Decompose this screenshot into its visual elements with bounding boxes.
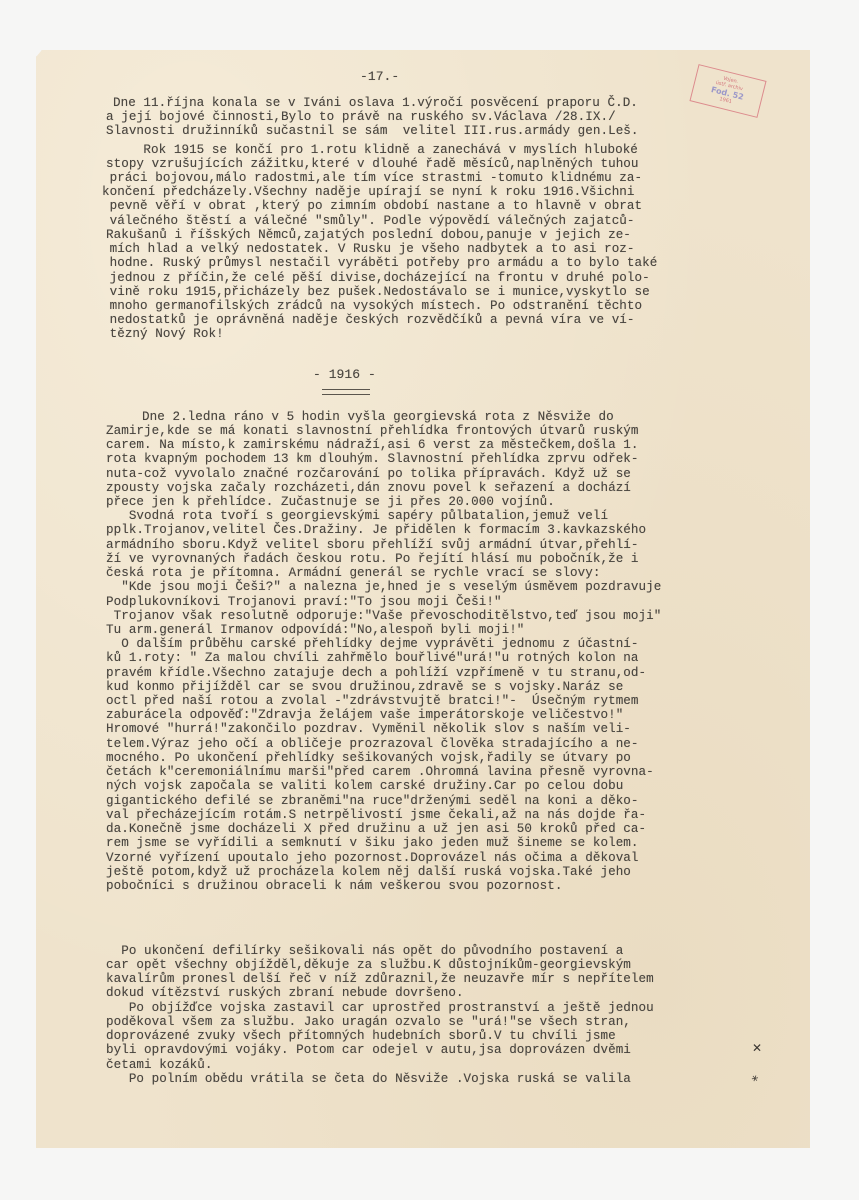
text-line: česká rota je přítomna. Armádní generál … [106,566,601,580]
text-line: poděkoval všem za službu. Jako uragán oz… [106,1015,631,1029]
text-line: car opět všechny objížděl,děkuje za služ… [106,958,631,972]
text-line: zpousty vojska začaly rozcházeti,dán zno… [106,481,631,495]
text-line: zaburácela odpověď:"Zdravja želájem vaše… [106,708,623,722]
text-line: Trojanov však resolutně odporuje:"Vaše p… [106,609,661,623]
text-line: Vzorné vyřízení upoutalo jeho pozornost.… [106,851,639,865]
text-line: mnoho germanofilských zrádců na vysokých… [102,299,642,313]
text-line: jednou z příčin,že celé pěší divise,doch… [102,271,650,285]
text-line: a její bojové činnosti,Bylo to právě na … [106,110,616,124]
text-line: Hromové "hurrá!"zakončilo pozdrav. Vyměn… [106,722,631,736]
text-line: dokud vítězství ruských zbraní nebude do… [106,986,464,1000]
text-line: da.Konečně jsme docházeli X před družinu… [106,822,646,836]
text-line: doprovázené zvuky všech přítomných hudeb… [106,1029,616,1043]
text-line: četami kozáků. [106,1058,213,1072]
text-line: mocného. Po ukončení přehlídky sešikovan… [106,751,631,765]
text-line: přece jen k přehlídce. Zučastnuje se ji … [106,495,555,509]
text-line: práci bojovou,málo radostmi,ale tím více… [102,171,642,185]
text-line: Tu arm.generál Irmanov odpovídá:"No,ales… [106,623,524,637]
text-line: gigantického defilé se zbraněmi"na ruce"… [106,794,639,808]
heading-double-underline [322,389,370,395]
text-line: Rakušanů i říšských Němců,zajatých posle… [106,228,631,242]
text-line: hodne. Ruský průmysl nestačil vyráběti p… [102,256,657,270]
text-line: kavalírům pronesl delší řeč v níž zdůraz… [106,972,654,986]
text-line: vině roku 1915,přicházely bez pušek.Nedo… [102,285,650,299]
text-line: ků 1.roty: " Za malou chvíli zahřmělo bo… [106,651,639,665]
text-line: pravém křídle.Všechno zatajuje dech a po… [106,666,646,680]
text-line: Dne 11.října konala se v Iváni oslava 1.… [113,96,638,110]
text-line: carem. Na místo,k zamirskému nádraží,asi… [106,438,639,452]
text-line: nuta-což vyvolalo značné rozčarování po … [106,467,631,481]
text-line: válečného štěstí a válečné "smůly". Podl… [102,214,635,228]
text-line: četách k"ceremoniálnímu marši"před carem… [106,765,654,779]
text-line: O dalším průběhu carské přehlídky dejme … [106,637,639,651]
text-line: pevně věří v obrat ,který po zimním obdo… [102,199,642,213]
text-line: val přecházejícím rotám.S netrpělivostí … [106,808,646,822]
strikeout-mark: ✕ [752,1041,762,1055]
text-line: ží ve vyrovnaných řadách českou rotu. Po… [106,552,639,566]
text-line: pplk.Trojanov,velitel Čes.Dražiny. Je př… [106,523,646,537]
text-line: mích hlad a velký nedostatek. V Rusku je… [102,242,635,256]
year-heading: - 1916 - [313,368,376,382]
text-line: tězný Nový Rok! [102,327,224,341]
text-line: armádního sboru.Když velitel sboru přehl… [106,538,639,552]
text-line: Svodná rota tvoří s georgievskými sapéry… [106,509,608,523]
text-line: byli opravdovými vojáky. Potom car odeje… [106,1043,631,1057]
text-line: pobočníci s družinou obraceli k nám vešk… [106,879,562,893]
text-line: octl před naší rotou a zvolal -"zdrávstv… [106,694,639,708]
text-line: Dne 2.ledna ráno v 5 hodin vyšla georgie… [104,410,614,424]
text-line: rota kvapným pochodem 13 km dlouhým. Sla… [106,452,639,466]
text-line: kud konmo přijížděl car se svou družinou… [106,680,623,694]
text-line: Po ukončení defilírky sešikovali nás opě… [106,944,623,958]
text-line: Podplukovníkovi Trojanovi praví:"To jsou… [106,595,502,609]
text-line: telem.Výraz jeho očí a obličeje prozrazo… [106,737,639,751]
page-number: -17.- [360,70,399,84]
text-line: Zamirje,kde se má konati slavnostní přeh… [106,424,639,438]
text-line: Po objížďce vojska zastavil car uprostře… [106,1001,654,1015]
text-line: končení předcházely.Všechny naděje upíra… [102,185,635,199]
text-line: Slavnosti družinníků sučastnil se sám ve… [106,124,639,138]
text-line: stopy vzrušujících zážitku,které v dlouh… [106,157,639,171]
text-line: nedostatků je oprávněná naděje českých r… [102,313,635,327]
text-line: Po polním obědu vrátila se četa do Něsvi… [106,1072,631,1086]
text-line: ných vojsk započala se valiti kolem cars… [106,779,623,793]
text-line: Rok 1915 se končí pro 1.rotu klidně a za… [113,143,638,157]
text-line: "Kde jsou moji Češi?" a nalezna je,hned … [106,580,661,594]
text-line: rem jsme se vyřídili a semknutí v šiku j… [106,836,639,850]
text-line: ještě potom,když už procházela kolem něj… [106,865,631,879]
